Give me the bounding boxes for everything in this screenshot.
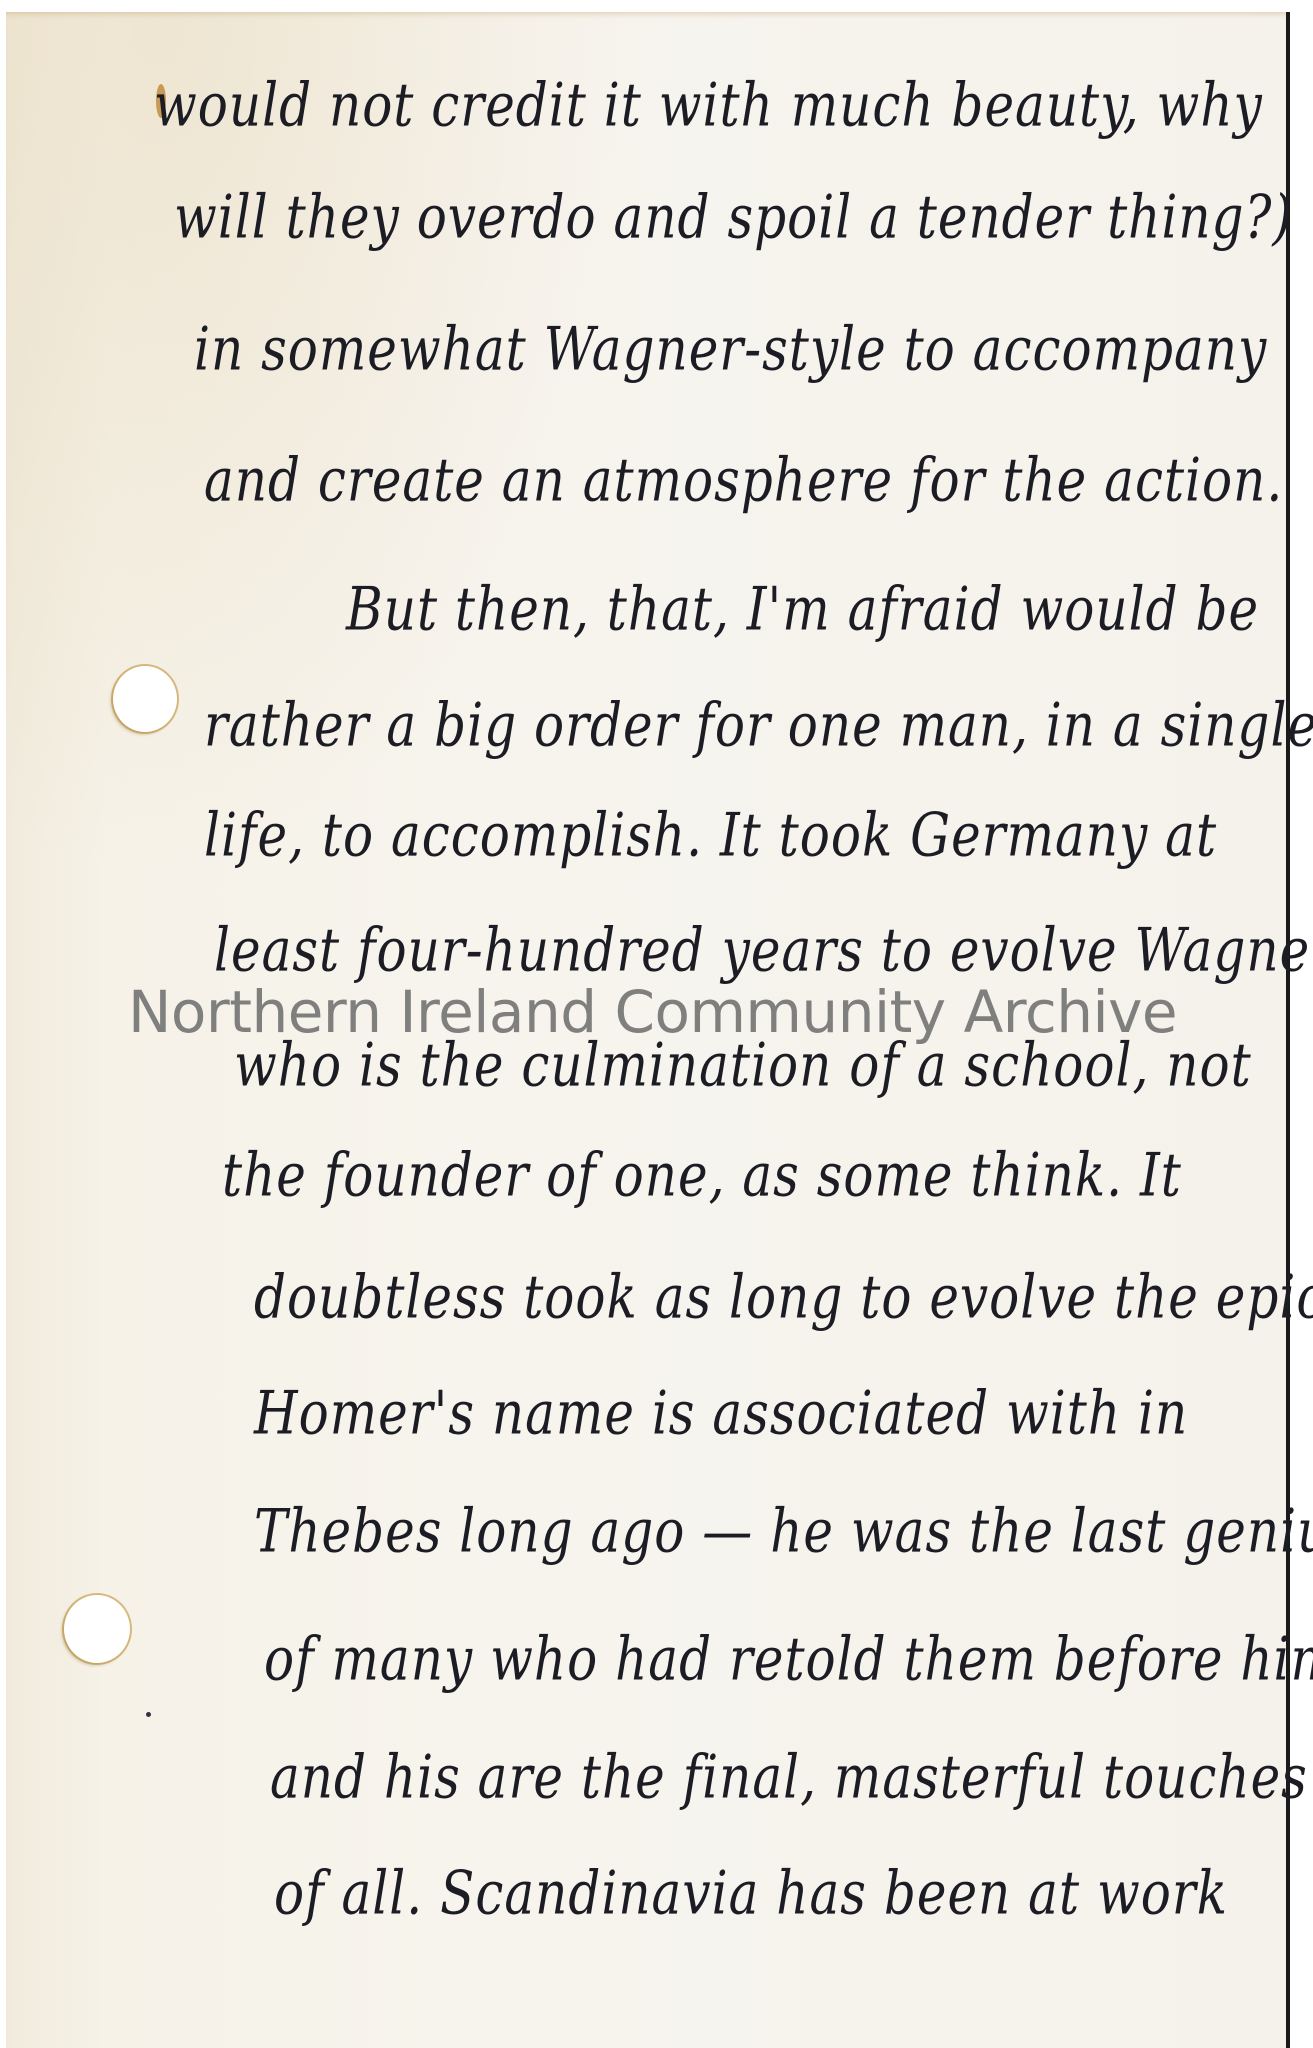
handwritten-line: least four-hundred years to evolve Wagne…	[214, 915, 1313, 985]
handwritten-line: will they overdo and spoil a tender thin…	[174, 182, 1293, 252]
handwritten-line: of all. Scandinavia has been at work	[274, 1858, 1228, 1928]
punch-hole-top	[113, 666, 177, 732]
punch-hole-bottom	[64, 1595, 130, 1663]
handwritten-line: and create an atmosphere for the action.	[204, 445, 1283, 515]
handwritten-line: and his are the final, masterful touches	[270, 1742, 1308, 1812]
handwritten-line: rather a big order for one man, in a sin…	[204, 690, 1313, 760]
handwritten-line: Thebes long ago — he was the last genius	[254, 1496, 1313, 1566]
handwritten-line: Homer's name is associated with in	[254, 1378, 1188, 1448]
handwritten-line: life, to accomplish. It took Germany at	[204, 800, 1217, 870]
handwritten-line: But then, that, I'm afraid would be	[346, 574, 1259, 644]
handwritten-line: of many who had retold them before him,	[264, 1624, 1313, 1694]
handwritten-line: would not credit it with much beauty, wh…	[154, 70, 1263, 140]
ink-speck	[146, 1712, 151, 1717]
handwritten-line: in somewhat Wagner-style to accompany	[194, 314, 1267, 384]
archive-watermark: Northern Ireland Community Archive	[128, 978, 1177, 1046]
handwritten-line: the founder of one, as some think. It	[222, 1140, 1182, 1210]
handwritten-line: doubtless took as long to evolve the epi…	[254, 1262, 1313, 1332]
